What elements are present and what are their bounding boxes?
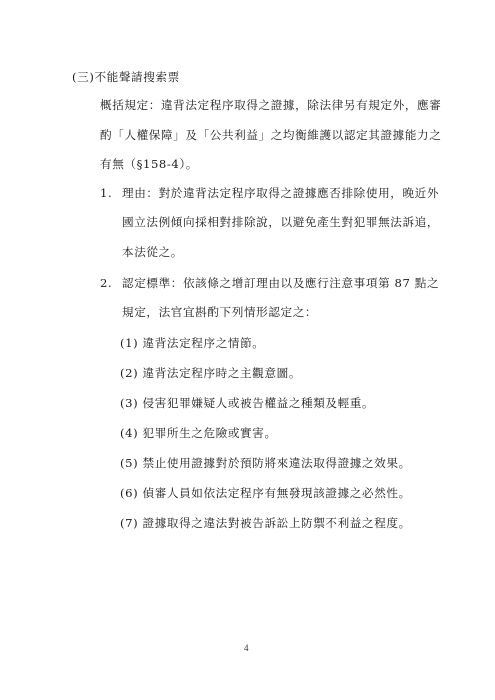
item-text: 理由：對於違背法定程序取得之證據應否排除使用，晚近外 [122, 186, 439, 200]
summary-line-1: 概括規定：違背法定程序取得之證據，除法律另有規定外，應審 [100, 98, 441, 112]
item-text: 認定標準：依該條之增訂理由以及應行注意事項第 87 點之 [122, 276, 439, 290]
document-page: (三)不能聲請搜索票 概括規定：違背法定程序取得之證據，除法律另有規定外，應審 … [0, 0, 495, 700]
item-1: 1.理由：對於違背法定程序取得之證據應否排除使用，晚近外 [100, 186, 439, 200]
section-heading: (三)不能聲請搜索票 [72, 70, 180, 84]
summary-line-3: 有無（§158-4）。 [100, 157, 198, 171]
sub-item-2: (2) 違背法定程序時之主觀意圖。 [120, 366, 301, 380]
sub-item-7: (7) 證據取得之違法對被告訴訟上防禦不利益之程度。 [120, 516, 411, 530]
sub-item-4: (4) 犯罪所生之危險或實害。 [120, 426, 277, 440]
item-number: 2. [100, 276, 122, 290]
sub-item-1: (1) 違背法定程序之情節。 [120, 336, 264, 350]
item-2-line-2: 規定，法官宜斟酌下列情形認定之： [122, 305, 317, 319]
item-number: 1. [100, 186, 122, 200]
sub-item-6: (6) 偵審人員如依法定程序有無發現該證據之必然性。 [120, 486, 411, 500]
item-1-line-3: 本法從之。 [122, 245, 183, 259]
sub-item-3: (3) 侵害犯罪嫌疑人或被告權益之種類及輕重。 [120, 396, 374, 410]
item-2: 2.認定標準：依該條之增訂理由以及應行注意事項第 87 點之 [100, 276, 439, 290]
summary-line-2: 酌「人權保障」及「公共利益」之均衡維護以認定其證據能力之 [100, 128, 441, 142]
item-1-line-2: 國立法例傾向採相對排除說，以避免產生對犯罪無法訴追， [122, 215, 439, 229]
sub-item-5: (5) 禁止使用證據對於預防將來違法取得證據之效果。 [120, 456, 411, 470]
page-number: 4 [244, 643, 249, 653]
